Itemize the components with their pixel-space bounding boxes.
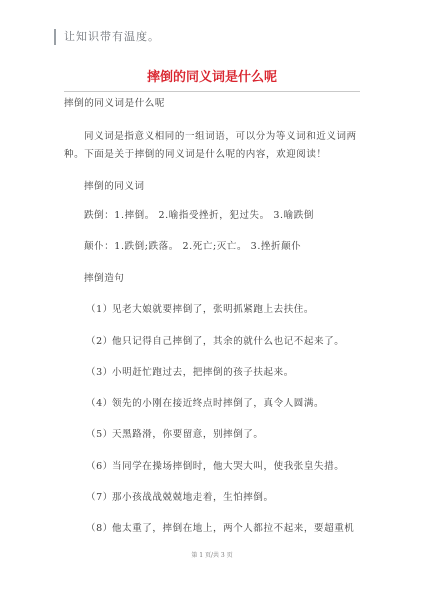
section-heading-sentences: 摔倒造句 (84, 272, 124, 286)
sentence-number: （2） (86, 335, 112, 349)
sentence-item: （4）领先的小刚在接近终点时摔倒了，真令人圆满。 (86, 397, 324, 411)
sentence-text: 他太重了，摔倒在地上，两个人都拉不起来，要超重机 (112, 523, 354, 534)
title-divider (64, 91, 360, 92)
sentence-number: （7） (86, 491, 112, 505)
sentence-text: 当同学在操场摔倒时，他大哭大叫，使我张皇失措。 (112, 461, 344, 472)
sentence-text: 见老大娘就要摔倒了，张明抓紧跑上去扶住。 (112, 304, 314, 315)
sentence-number: （4） (86, 397, 112, 411)
sentence-item: （1）见老大娘就要摔倒了，张明抓紧跑上去扶住。 (86, 303, 314, 317)
sentence-number: （8） (86, 522, 112, 536)
sentence-item: （6）当同学在操场摔倒时，他大哭大叫，使我张皇失措。 (86, 460, 344, 474)
intro-line-1: 同义词是指意义相同的一组词语，可以分为等义词和近义词两 (84, 130, 357, 144)
sentence-text: 他只记得自己摔倒了，其余的就什么也记不起来了。 (112, 336, 344, 347)
sentence-item: （8）他太重了，摔倒在地上，两个人都拉不起来，要超重机 (86, 522, 354, 536)
synonym-entry-1: 跌倒：1.摔倒。 2.喻指受挫折，犯过失。 3.喻跌倒 (84, 209, 314, 223)
sentence-text: 天黑路滑，你要留意，别摔倒了。 (112, 429, 264, 440)
sentence-text: 那小孩战战兢兢地走着，生怕摔倒。 (112, 492, 274, 503)
page-indicator: 第 1 页/共 3 页 (0, 550, 424, 559)
sentence-item: （5）天黑路滑，你要留意，别摔倒了。 (86, 428, 264, 442)
intro-line-2: 种。下面是关于摔倒的同义词是什么呢的内容，欢迎阅读！ (64, 148, 327, 162)
sentence-number: （3） (86, 366, 112, 380)
sentence-number: （1） (86, 303, 112, 317)
section-heading-synonyms: 摔倒的同义词 (84, 180, 145, 194)
sentence-number: （5） (86, 428, 112, 442)
sentence-item: （3）小明赶忙跑过去，把摔倒的孩子扶起来。 (86, 366, 294, 380)
subtitle: 摔倒的同义词是什么呢 (64, 97, 165, 111)
synonym-entry-2: 颠仆：1.跌倒;跌落。 2.死亡;灭亡。 3.挫折颠仆 (84, 240, 301, 254)
header-tagline: 让知识带有温度。 (54, 29, 160, 45)
document-title: 摔倒的同义词是什么呢 (0, 69, 424, 87)
sentence-number: （6） (86, 460, 112, 474)
sentence-item: （2）他只记得自己摔倒了，其余的就什么也记不起来了。 (86, 335, 344, 349)
sentence-text: 小明赶忙跑过去，把摔倒的孩子扶起来。 (112, 367, 294, 378)
sentence-text: 领先的小刚在接近终点时摔倒了，真令人圆满。 (112, 398, 324, 409)
sentence-item: （7）那小孩战战兢兢地走着，生怕摔倒。 (86, 491, 274, 505)
